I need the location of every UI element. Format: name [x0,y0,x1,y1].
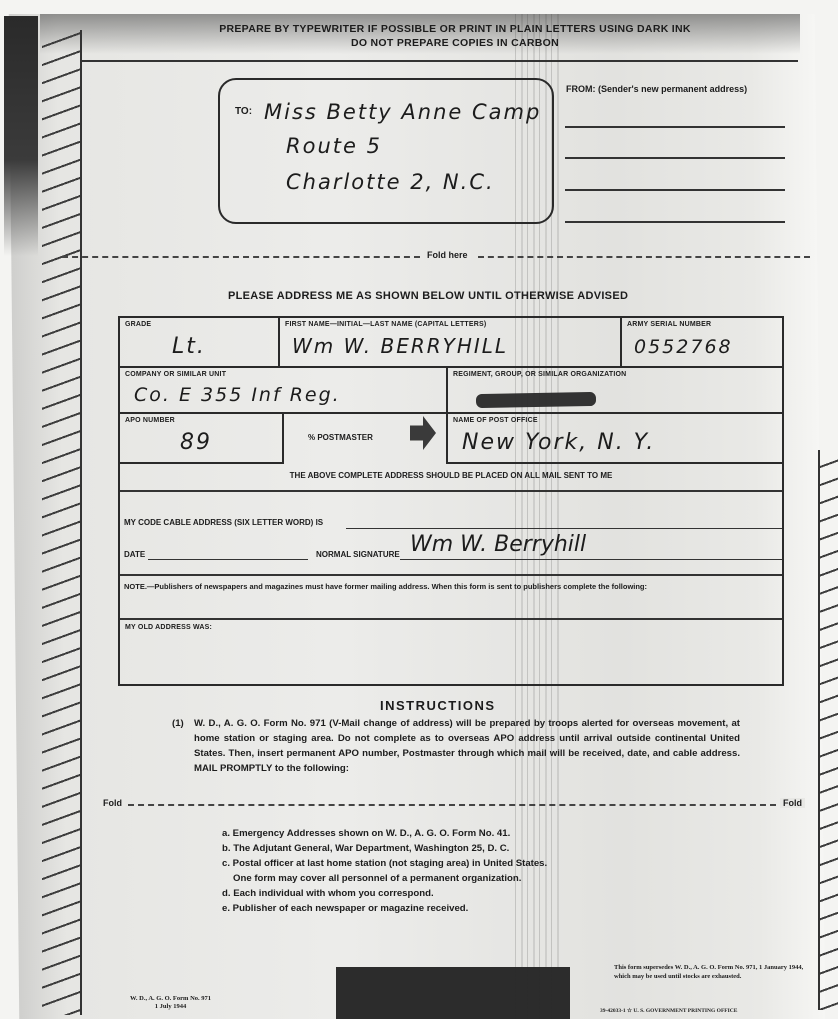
date-label: DATE [124,550,145,559]
signature-label: NORMAL SIGNATURE [316,550,400,559]
header-rule [82,60,798,62]
company-cell[interactable]: COMPANY OR SIMILAR UNIT Co. E 355 Inf Re… [120,368,448,414]
fold-label-right: Fold [780,798,805,808]
from-line-4[interactable] [565,221,785,223]
from-line-2[interactable] [565,157,785,159]
apo-value: 89 [180,430,212,455]
list-item: e. Publisher of each newspaper or magazi… [222,901,547,916]
name-value: Wm W. BERRYHILL [292,334,508,358]
list-item: a. Emergency Addresses shown on W. D., A… [222,826,547,841]
to-label: TO: [235,106,252,117]
instructions-title: INSTRUCTIONS [380,698,496,713]
serial-cell[interactable]: ARMY SERIAL NUMBER 0552768 [622,318,782,368]
arrow-right-icon [410,416,436,450]
to-line-2: Route 5 [286,134,382,158]
to-address-box[interactable]: TO: Miss Betty Anne Camp Route 5 Charlot… [218,78,554,224]
list-item: One form may cover all personnel of a pe… [222,871,547,886]
code-cable-label: MY CODE CABLE ADDRESS (SIX LETTER WORD) … [124,518,323,527]
right-margin-hatching [818,450,838,1010]
row-divider [120,490,782,492]
fold-label-left: Fold [100,798,125,808]
row-divider [120,574,782,576]
code-cable-input[interactable] [346,528,782,529]
instructions-paragraph: (1) W. D., A. G. O. Form No. 971 (V-Mail… [172,716,740,776]
item-text: W. D., A. G. O. Form No. 971 (V-Mail cha… [172,716,740,776]
scan-fold-artifact [515,14,563,1019]
serial-value: 0552768 [634,336,733,358]
grade-cell[interactable]: GRADE Lt. [120,318,280,368]
from-label: FROM: (Sender's new permanent address) [566,84,747,94]
fold-line-bottom [128,804,776,806]
item-number: (1) [172,716,184,731]
list-item: b. The Adjutant General, War Department,… [222,841,547,856]
list-item: d. Each individual with whom you corresp… [222,886,547,901]
company-label: COMPANY OR SIMILAR UNIT [125,371,226,378]
grade-label: GRADE [125,321,151,328]
from-line-3[interactable] [565,189,785,191]
postmaster-label: % POSTMASTER [308,433,373,442]
apo-cell[interactable]: APO NUMBER 89 [120,414,284,464]
header-line-1: PREPARE BY TYPEWRITER IF POSSIBLE OR PRI… [150,22,760,36]
apo-label: APO NUMBER [125,417,175,424]
left-margin-hatching [42,30,82,1015]
date-input[interactable] [148,559,308,560]
signature-line[interactable] [400,559,782,560]
to-line-3: Charlotte 2, N.C. [286,170,495,194]
form-header: PREPARE BY TYPEWRITER IF POSSIBLE OR PRI… [150,22,760,50]
name-cell[interactable]: FIRST NAME—INITIAL—LAST NAME (CAPITAL LE… [280,318,622,368]
name-label: FIRST NAME—INITIAL—LAST NAME (CAPITAL LE… [285,321,486,328]
address-form-table: GRADE Lt. FIRST NAME—INITIAL—LAST NAME (… [118,316,784,686]
grade-value: Lt. [172,334,206,359]
list-item: c. Postal officer at last home station (… [222,856,547,871]
post-office-cell[interactable]: NAME OF POST OFFICE New York, N. Y. [446,414,784,464]
regiment-cell[interactable]: REGIMENT, GROUP, OR SIMILAR ORGANIZATION [448,368,782,414]
mail-to-list: a. Emergency Addresses shown on W. D., A… [222,826,547,916]
scan-edge [4,16,38,256]
form-number-text: W. D., A. G. O. Form No. 971 [130,995,211,1003]
fold-line-top-left [62,256,420,258]
to-line-1: Miss Betty Anne Camp [264,100,541,124]
supersedes-note: This form supersedes W. D., A. G. O. For… [614,963,809,981]
old-address-field[interactable] [120,620,782,684]
serial-label: ARMY SERIAL NUMBER [627,321,711,328]
from-line-1[interactable] [565,126,785,128]
printer-imprint: 39-42033-1 ☆ U. S. GOVERNMENT PRINTING O… [600,1008,737,1014]
company-value: Co. E 355 Inf Reg. [134,384,341,406]
form-date-text: 1 July 1944 [130,1003,211,1011]
complete-address-note: THE ABOVE COMPLETE ADDRESS SHOULD BE PLA… [120,471,782,480]
please-address-heading: PLEASE ADDRESS ME AS SHOWN BELOW UNTIL O… [228,290,628,302]
publishers-note: NOTE.—Publishers of newspapers and magaz… [124,581,774,593]
fold-here-label: Fold here [424,250,471,260]
header-line-2: DO NOT PREPARE COPIES IN CARBON [150,36,760,50]
form-number: W. D., A. G. O. Form No. 971 1 July 1944 [130,995,211,1011]
